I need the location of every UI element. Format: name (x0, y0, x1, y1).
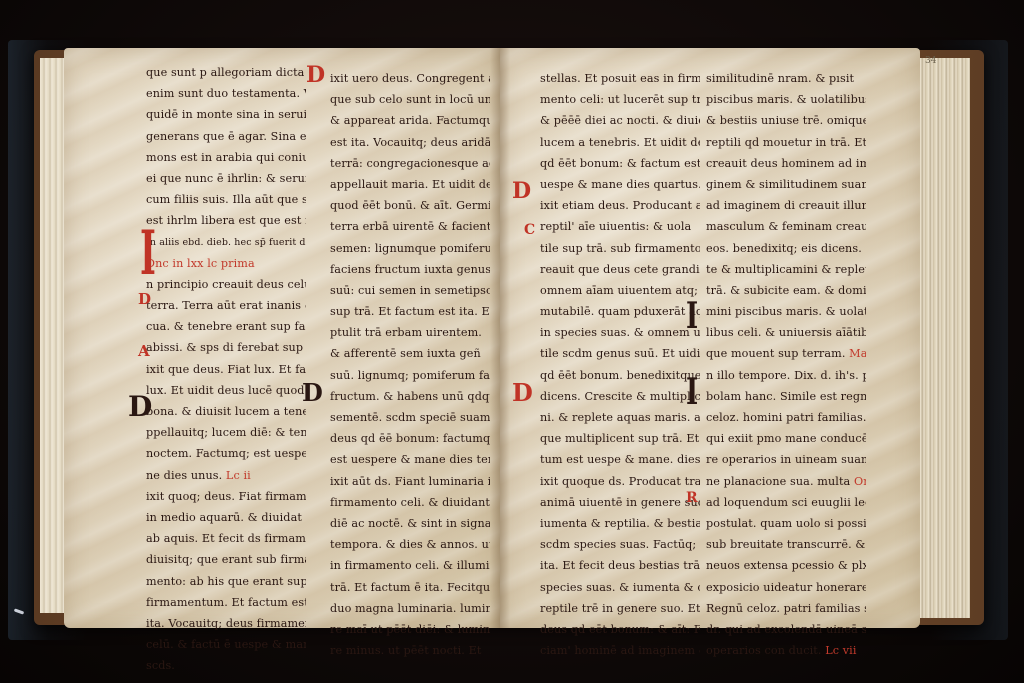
manuscript-line: cua. & tenebre erant sup faciem (146, 316, 306, 337)
manuscript-line: suū. lignumq; pomiferum facies (330, 365, 490, 386)
manuscript-line: reptile trē in genere suo. Et uidit (540, 598, 700, 619)
manuscript-line: ciam' hominē ad imaginem & (540, 640, 700, 661)
manuscript-column-4: similitudinē nram. & pısitpiscibus maris… (706, 68, 866, 661)
manuscript-line: est ita. Vocauitq; deus aridā (330, 132, 490, 153)
manuscript-line: abissi. & sps di ferebat sup aquas. (146, 337, 306, 358)
manuscript-line: noctem. Factumq; est uespe & mane (146, 443, 306, 464)
manuscript-line: n principio creauit deus celum & (146, 274, 306, 295)
manuscript-line: mutabilē. quam pduxerāt aq; (540, 301, 700, 322)
manuscript-line: re minus. ut pēēt nocti. Et (330, 640, 490, 661)
initial-regnum: R (686, 490, 698, 506)
manuscript-line: que sub celo sunt in locū unum. (330, 89, 490, 110)
manuscript-line: masculum & feminam creauit (706, 216, 866, 237)
manuscript-line: re operarios in uineam suam. Et r (706, 449, 866, 470)
manuscript-line: bolam hanc. Simile est regnū (706, 386, 866, 407)
manuscript-line: celū. & factū ē uespe & mane dies (146, 634, 306, 655)
initial-dixit-quoque-right: D (512, 378, 533, 407)
manuscript-line: generans que ē agar. Sina eni (146, 126, 306, 147)
manuscript-line: scds. (146, 655, 306, 676)
manuscript-line: Regnū celoz. patri familias simile (706, 598, 866, 619)
manuscript-line: ginem & similitudinem suam. (706, 174, 866, 195)
manuscript-line: fructum. & habens unū qdque (330, 386, 490, 407)
manuscript-line: operarios con ducit. Lc vii (706, 640, 866, 661)
manuscript-line: deus qd ēē bonum: factumque (330, 428, 490, 449)
manuscript-line: trā. & subicite eam. & dominā (706, 280, 866, 301)
manuscript-line: & pēēē diei ac nocti. & diuiderēt (540, 110, 700, 131)
manuscript-line: ad imaginem di creauit illum. (706, 195, 866, 216)
manuscript-line: ne planacione sua. multa Omelia (706, 471, 866, 492)
manuscript-line: omnem aīam uiuentem atq; (540, 280, 700, 301)
manuscript-line: semen: lignumque pomiferum (330, 238, 490, 259)
rubric-label: Lc vii (825, 644, 856, 657)
initial-dixit-left: D (138, 290, 151, 308)
manuscript-line: ixit quoque ds. Producat tra Lc vi (540, 471, 700, 492)
manuscript-line: similitudinē nram. & pısit (706, 68, 866, 89)
manuscript-line: lucem a tenebris. Et uidit deus (540, 132, 700, 153)
manuscript-line: ixit etiam deus. Producant aque (540, 195, 700, 216)
manuscript-column-2: ixit uero deus. Congregent aque Lc iiiqu… (330, 68, 490, 661)
manuscript-line: ni. & replete aquas maris. auesq; (540, 407, 700, 428)
manuscript-line: reauit que deus cete grandia. & (540, 259, 700, 280)
manuscript-line: qd ēēt bonum: & factum est (540, 153, 700, 174)
manuscript-line: stellas. Et posuit eas in firma (540, 68, 700, 89)
manuscript-line: exposicio uideatur honerare. (706, 577, 866, 598)
initial-appellavit: A (138, 342, 150, 360)
manuscript-line: est uespere & mane dies tercius. Lc iiii (330, 449, 490, 470)
book-gutter (490, 48, 510, 628)
manuscript-line: re maī ut pēēt diēi: & lumina (330, 619, 490, 640)
manuscript-line: mento celi: ut lucerēt sup trā: (540, 89, 700, 110)
right-page-edges (918, 58, 970, 618)
manuscript-line: qui exiit pmo mane conducē (706, 428, 866, 449)
manuscript-line: bona. & diuisit lucem a tenebris. (146, 401, 306, 422)
manuscript-line: firmamentum. Et factum est (146, 592, 306, 613)
manuscript-line: piscibus maris. & uolatilibus celi. (706, 89, 866, 110)
manuscript-line: mento: ab his que erant sup (146, 571, 306, 592)
initial-dixit-etiam: D (512, 178, 531, 204)
manuscript-line: dicens. Crescite & multiplicami (540, 386, 700, 407)
manuscript-line: diē ac noctē. & sint in signa & (330, 513, 490, 534)
manuscript-line: ei que nunc ē ihrlin: & seruit (146, 168, 306, 189)
manuscript-line: tile sup trā. sub firmamento celi. (540, 238, 700, 259)
manuscript-line: celoz. homini patri familias. (706, 407, 866, 428)
initial-omelia: I (686, 372, 698, 414)
manuscript-line: est ihrlm libera est que est mater (146, 210, 306, 231)
manuscript-line: n illo tempore. Dix. d. ih's. para (706, 365, 866, 386)
manuscript-line: ita. Vocauitq; deus firmamentū (146, 613, 306, 634)
manuscript-line: cum filiis suis. Illa aūt que sursu (146, 189, 306, 210)
manuscript-line: species suas. & iumenta & omne (540, 577, 700, 598)
folio-number: 34 (925, 56, 936, 66)
manuscript-line: que mouent sup terram. Mathei (706, 343, 866, 364)
manuscript-line: mons est in arabia qui coniunc (146, 147, 306, 168)
manuscript-line: tempora. & dies & annos. ut luceāt (330, 534, 490, 555)
manuscript-line: ixit aūt ds. Fiant luminaria in (330, 471, 490, 492)
manuscript-line: scdm species suas. Factūq; est (540, 534, 700, 555)
manuscript-line: reptili qd mouetur in trā. Et (706, 132, 866, 153)
manuscript-line: tile scdm genus suū. Et uidit ds (540, 343, 700, 364)
manuscript-line: ad loquendum sci euuglii leccio (706, 492, 866, 513)
rubric-label: Lc ii (226, 469, 251, 482)
manuscript-line: appellauit maria. Et uidit deus (330, 174, 490, 195)
manuscript-column-1: que sunt p allegoriam dicta hecenim sunt… (146, 62, 306, 676)
manuscript-line: ab aquis. Et fecit ds firmamentū. (146, 528, 306, 549)
manuscript-line: deus qd eēt bonum: & aīt: Fa (540, 619, 700, 640)
manuscript-line: ptulit trā erbam uirentem. (330, 322, 490, 343)
manuscript-line: ixit uero deus. Congregent aque Lc iii (330, 68, 490, 89)
manuscript-line: creauit deus hominem ad ima (706, 153, 866, 174)
manuscript-line: neuos extensa pcessio & plxa (706, 555, 866, 576)
manuscript-line: dr. qui ad excolendā uineā suā (706, 619, 866, 640)
manuscript-line: eos. benedixitq; eis dicens. Cresci (706, 238, 866, 259)
manuscript-line: que multiplicent sup trā. Et fac (540, 428, 700, 449)
manuscript-line: uespe & mane dies quartus. Lc v (540, 174, 700, 195)
manuscript-line: terrā: congregacionesque aquaz (330, 153, 490, 174)
manuscript-line: quod ēēt bonū. & aīt. Germinet (330, 195, 490, 216)
manuscript-line: ixit que deus. Fiat lux. Et facta ē (146, 359, 306, 380)
manuscript-line: lux. Et uidit deus lucē quod ēēt (146, 380, 306, 401)
initial-dixit-autem: D (302, 378, 323, 407)
manuscript-line: tum est uespe & mane. dies qūt. (540, 449, 700, 470)
manuscript-line: sementē. scdm speciē suam. Et uidi (330, 407, 490, 428)
manuscript-line: terra erbā uirentē & facientē (330, 216, 490, 237)
manuscript-line: trā. Et factum ē ita. Fecitque ds (330, 577, 490, 598)
manuscript-line: quidē in monte sina in seruitute (146, 104, 306, 125)
rubric-label: Mathei (849, 347, 866, 360)
manuscript-line: postulat. quam uolo si possim (706, 513, 866, 534)
initial-in-illo: I (686, 296, 698, 338)
manuscript-line: diuisitq; que erant sub firma (146, 549, 306, 570)
manuscript-line: faciens fructum iuxta genus (330, 259, 490, 280)
manuscript-line: qd ēēt bonum. benedixitque eis (540, 365, 700, 386)
manuscript-line: Dnc in lxx lc prima (146, 253, 306, 274)
manuscript-line: sub breuitate transcurrē. & ut (706, 534, 866, 555)
manuscript-line: ppellauitq; lucem diē: & tenebras (146, 422, 306, 443)
manuscript-line: mini piscibus maris. & uolati (706, 301, 866, 322)
manuscript-line: que sunt p allegoriam dicta hec (146, 62, 306, 83)
initial-creavit: C (524, 222, 535, 238)
manuscript-line: sup trā. Et factum est ita. Et (330, 301, 490, 322)
initial-dixit-vero: D (306, 62, 325, 88)
manuscript-line: firmamento celi. & diuidant (330, 492, 490, 513)
manuscript-line: in species suas. & omnem uola (540, 322, 700, 343)
manuscript-line: in medio aquarū. & diuidat aquas (146, 507, 306, 528)
manuscript-line: libus celi. & uniuersis aīātib' (706, 322, 866, 343)
manuscript-line: reptil' aīe uiuentis: & uola (540, 216, 700, 237)
manuscript-line: ita. Et fecit deus bestias trā iuxta (540, 555, 700, 576)
manuscript-line: duo magna luminaria. luminā (330, 598, 490, 619)
manuscript-line: & bestiis uniuse trē. omique (706, 110, 866, 131)
manuscript-line: & afferentē sem iuxta geñ (330, 343, 490, 364)
manuscript-column-3: stellas. Et posuit eas in firmamento cel… (540, 68, 700, 661)
manuscript-line: iumenta & reptilia. & bestias trē. (540, 513, 700, 534)
manuscript-line: terra. Terra aūt erat inanis & ua (146, 295, 306, 316)
manuscript-line: animā uiuentē in genere suo. (540, 492, 700, 513)
rubric-label: Omelia (854, 475, 866, 488)
manuscript-line: in firmamento celi. & illuminēt (330, 555, 490, 576)
initial-dixit-quoque: D (128, 390, 152, 423)
manuscript-line: enim sunt duo testamenta. Vnu (146, 83, 306, 104)
manuscript-line: suū: cui semen in semetipso sit (330, 280, 490, 301)
initial-in-principio: I (140, 218, 156, 290)
manuscript-line: ixit quoq; deus. Fiat firmamentū (146, 486, 306, 507)
manuscript-line: ne dies unus. Lc ii (146, 465, 306, 486)
manuscript-line: In aliis ebd. dieb. hec sp̄ fuerit d dn̄… (146, 232, 306, 253)
manuscript-line: te & multiplicamini & replete (706, 259, 866, 280)
manuscript-line: & appareat arida. Factumque (330, 110, 490, 131)
